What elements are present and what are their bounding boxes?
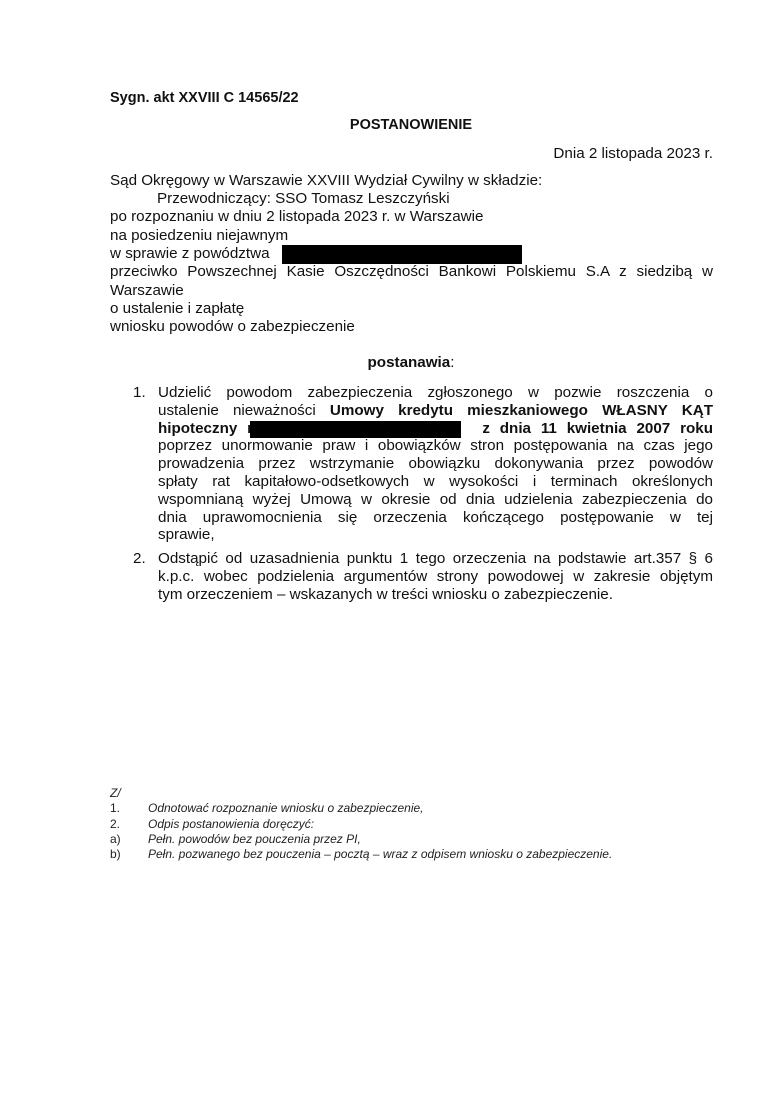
document-title: POSTANOWIENIE	[0, 117, 780, 133]
footer-text: Pełn. powodów bez pouczenia przez PI,	[148, 832, 361, 847]
item-line: Odstąpić od uzasadnienia punktu 1 tego o…	[158, 550, 713, 568]
footer-row: b)Pełn. pozwanego bez pouczenia – pocztą…	[110, 847, 121, 862]
footer-text: Pełn. pozwanego bez pouczenia – pocztą –…	[148, 847, 612, 862]
item-line: tym orzeczeniem – wskazanych w treści wn…	[158, 586, 713, 604]
footer-marker: a)	[110, 832, 121, 847]
decision-item-1: 1. Udzielić powodom zabezpieczenia zgłos…	[133, 384, 713, 544]
item-number: 1.	[133, 384, 146, 401]
decision-item-2: 2. Odstąpić od uzasadnienia punktu 1 teg…	[133, 550, 713, 603]
motion-line: wniosku powodów o zabezpieczenie	[110, 318, 355, 336]
document-date: Dnia 2 listopada 2023 r.	[553, 145, 713, 162]
item-line: prowadzenia przez wstrzymanie obowiązku …	[158, 455, 713, 473]
item-line: dnia uprawomocnienia się orzeczenia końc…	[158, 509, 713, 527]
defendant-line: przeciwko Powszechnej Kasie Oszczędności…	[110, 263, 713, 281]
session-type-line: na posiedzeniu niejawnym	[110, 227, 542, 245]
decision-heading: postanawia:	[0, 354, 780, 371]
footer-heading-text: Z/	[110, 786, 121, 800]
footer-row: 1.Odnotować rozpoznanie wniosku o zabezp…	[110, 801, 121, 816]
court-composition-line: Sąd Okręgowy w Warszawie XXVIII Wydział …	[110, 172, 542, 190]
footer-marker: 1.	[110, 801, 120, 816]
contract-name: Umowy kredytu mieszkaniowego WŁASNY KĄT	[330, 402, 713, 419]
decides-suffix: :	[450, 354, 454, 371]
case-number: Sygn. akt XXVIII C 14565/22	[110, 90, 299, 106]
redacted-contract-number	[250, 421, 461, 438]
item-line: sprawie,	[158, 526, 713, 544]
footer-marker: 2.	[110, 817, 120, 832]
footer-marker: b)	[110, 847, 121, 862]
contract-type: hipoteczny nr	[158, 420, 262, 437]
item-line: ustalenie nieważności Umowy kredytu mies…	[158, 402, 713, 420]
footer-text: Odnotować rozpoznanie wniosku o zabezpie…	[148, 801, 424, 816]
hearing-date-line: po rozpoznaniu w dniu 2 listopada 2023 r…	[110, 208, 542, 226]
contract-date: z dnia 11 kwietnia 2007 roku	[482, 420, 713, 437]
item-text: ustalenie nieważności	[158, 402, 330, 419]
redacted-plaintiff-name	[282, 245, 522, 264]
footer-row: 2.Odpis postanowienia doręczyć:	[110, 817, 121, 832]
item-line: k.p.c. wobec podzielenia argumentów stro…	[158, 568, 713, 586]
footer-heading: Z/	[110, 786, 121, 801]
case-subject: Warszawie o ustalenie i zapłatę wniosku …	[110, 282, 355, 337]
presiding-judge-line: Przewodniczący: SSO Tomasz Leszczyński	[110, 190, 542, 208]
defendant-city-line: Warszawie	[110, 282, 355, 300]
footer-text: Odpis postanowienia doręczyć:	[148, 817, 314, 832]
registry-instructions: Z/ 1.Odnotować rozpoznanie wniosku o zab…	[110, 786, 121, 862]
item-line: spłaty rat kapitałowo-odsetkowych w wyso…	[158, 473, 713, 491]
footer-row: a)Pełn. powodów bez pouczenia przez PI,	[110, 832, 121, 847]
item-line: wspomnianą wyżej Umową w okresie od dnia…	[158, 491, 713, 509]
item-number: 2.	[133, 550, 146, 567]
item-line: poprzez unormowanie praw i obowiązków st…	[158, 437, 713, 455]
decides-label: postanawia	[368, 354, 451, 371]
claim-subject-line: o ustalenie i zapłatę	[110, 300, 355, 318]
item-line: Udzielić powodom zabezpieczenia zgłoszon…	[158, 384, 713, 402]
